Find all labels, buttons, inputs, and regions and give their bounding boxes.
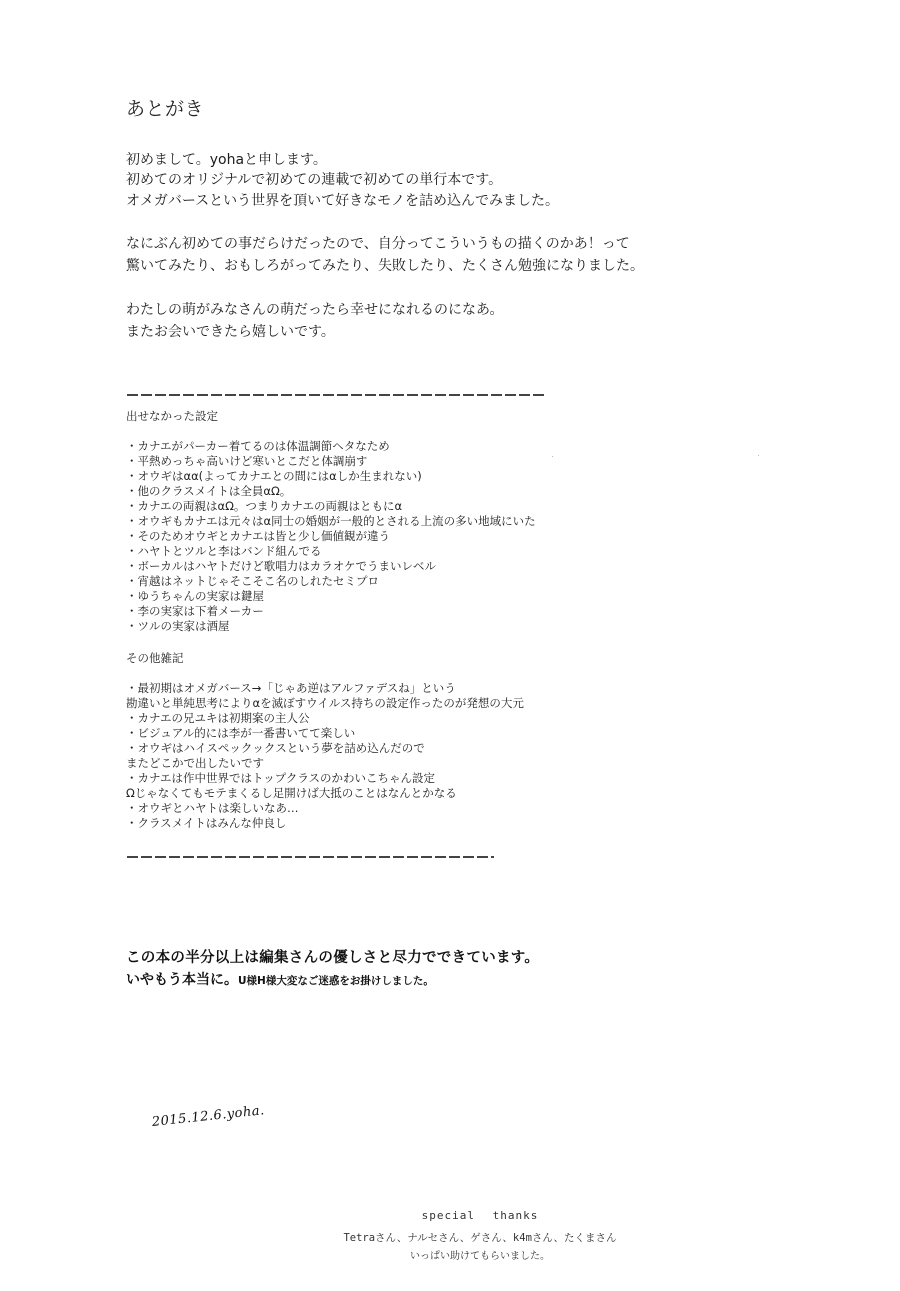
- list-item: ・ビジュアル的には李が一番書いてて楽しい: [126, 726, 524, 741]
- list-item: ・オウギはαα(よってカナエとの間にはαしか生まれない): [126, 469, 536, 484]
- list-item: ・カナエの両親はαΩ。つまりカナエの両親はともにα: [126, 499, 536, 514]
- list-item: ・カナエがパーカー着てるのは体温調節ヘタなため: [126, 439, 536, 454]
- closing-paragraph: わたしの萌がみなさんの萌だったら幸せになれるのになあ。 またお会いできたら嬉しい…: [126, 299, 503, 343]
- list-item: ・宵越はネットじゃそこそこ名のしれたセミプロ: [126, 574, 536, 589]
- page-title: あとがき: [126, 97, 204, 121]
- list-item: ・カナエは作中世界ではトップクラスのかわいこちゃん設定: [126, 771, 524, 786]
- scan-speck: [758, 455, 759, 456]
- section-heading-settings: 出せなかった設定: [126, 409, 218, 424]
- list-item: ・李の実家は下着メーカー: [126, 604, 536, 619]
- list-item: ・ゆうちゃんの実家は鍵屋: [126, 589, 536, 604]
- list-item: Ωじゃなくてもモテまくるし足開けば大抵のことはなんとかなる: [126, 786, 524, 801]
- editor-thanks-line: いやもう本当に。U様H様大変なご迷惑をお掛けしました。: [126, 968, 539, 990]
- list-item: ・最初期はオメガバース→「じゃあ逆はアルファデスね」という: [126, 681, 524, 696]
- settings-list: ・カナエがパーカー着てるのは体温調節ヘタなため ・平熱めっちゃ高いけど寒いとこだ…: [126, 439, 536, 634]
- text-line: またお会いできたら嬉しいです。: [126, 321, 503, 343]
- special-thanks-message: いっぱい助けてもらいました。: [340, 1248, 620, 1266]
- editor-thanks-line: この本の半分以上は編集さんの優しさと尽力でできています。: [126, 948, 539, 968]
- dashed-divider: [127, 394, 545, 396]
- list-item: 勘違いと単純思考によりαを滅ぼすウイルス持ちの設定作ったのが発想の大元: [126, 696, 524, 711]
- dashed-divider: [127, 856, 494, 858]
- text-line: 初めまして。yohaと申します。: [126, 150, 559, 170]
- list-item: ・そのためオウギとカナエは皆と少し価値観が違う: [126, 529, 536, 544]
- special-thanks-title: special thanks: [340, 1208, 620, 1224]
- section-heading-misc: その他雑記: [126, 651, 184, 666]
- text-line: 驚いてみたり、おもしろがってみたり、失敗したり、たくさん勉強になりました。: [126, 255, 644, 277]
- editor-thanks: この本の半分以上は編集さんの優しさと尽力でできています。 いやもう本当に。U様H…: [126, 948, 539, 990]
- text-line: なにぶん初めての事だらけだったので、自分ってこういうもの描くのかあ！って: [126, 233, 644, 255]
- text-line: オメガバースという世界を頂いて好きなモノを詰め込んでみました。: [126, 191, 559, 211]
- special-thanks-names: Tetraさん、ナルセさん、ゲさん、k4mさん、たくまさん: [340, 1228, 620, 1248]
- list-item: ・ハヤトとツルと李はバンド組んでる: [126, 544, 536, 559]
- list-item: ・オウギとハヤトは楽しいなあ…: [126, 801, 524, 816]
- list-item: ・他のクラスメイトは全員αΩ。: [126, 484, 536, 499]
- scan-speck: [552, 456, 553, 457]
- text-line: 初めてのオリジナルで初めての連載で初めての単行本です。: [126, 170, 559, 190]
- editor-thanks-apology: U様H様大変なご迷惑をお掛けしました。: [238, 975, 434, 987]
- editor-thanks-emphasis: いやもう本当に。: [126, 972, 238, 988]
- list-item: ・カナエの兄ユキは初期案の主人公: [126, 711, 524, 726]
- list-item: ・平熱めっちゃ高いけど寒いとこだと体調崩す: [126, 454, 536, 469]
- list-item: ・ツルの実家は酒屋: [126, 619, 536, 634]
- misc-list: ・最初期はオメガバース→「じゃあ逆はアルファデスね」という 勘違いと単純思考によ…: [126, 681, 524, 831]
- list-item: ・ボーカルはハヤトだけど歌唱力はカラオケでうまいレベル: [126, 559, 536, 574]
- list-item: ・オウギもカナエは元々はα同士の婚姻が一般的とされる上流の多い地域にいた: [126, 514, 536, 529]
- list-item: またどこかで出したいです: [126, 756, 524, 771]
- afterword-page: あとがき 初めまして。yohaと申します。 初めてのオリジナルで初めての連載で初…: [0, 0, 900, 1291]
- experience-paragraph: なにぶん初めての事だらけだったので、自分ってこういうもの描くのかあ！って 驚いて…: [126, 233, 644, 277]
- list-item: ・オウギはハイスペックックスという夢を詰め込んだので: [126, 741, 524, 756]
- intro-paragraph: 初めまして。yohaと申します。 初めてのオリジナルで初めての連載で初めての単行…: [126, 150, 559, 211]
- text-line: わたしの萌がみなさんの萌だったら幸せになれるのになあ。: [126, 299, 503, 321]
- special-thanks: special thanks Tetraさん、ナルセさん、ゲさん、k4mさん、た…: [340, 1208, 620, 1266]
- list-item: ・クラスメイトはみんな仲良し: [126, 816, 524, 831]
- handwritten-signature: 2015.12.6.yoha.: [151, 1103, 265, 1130]
